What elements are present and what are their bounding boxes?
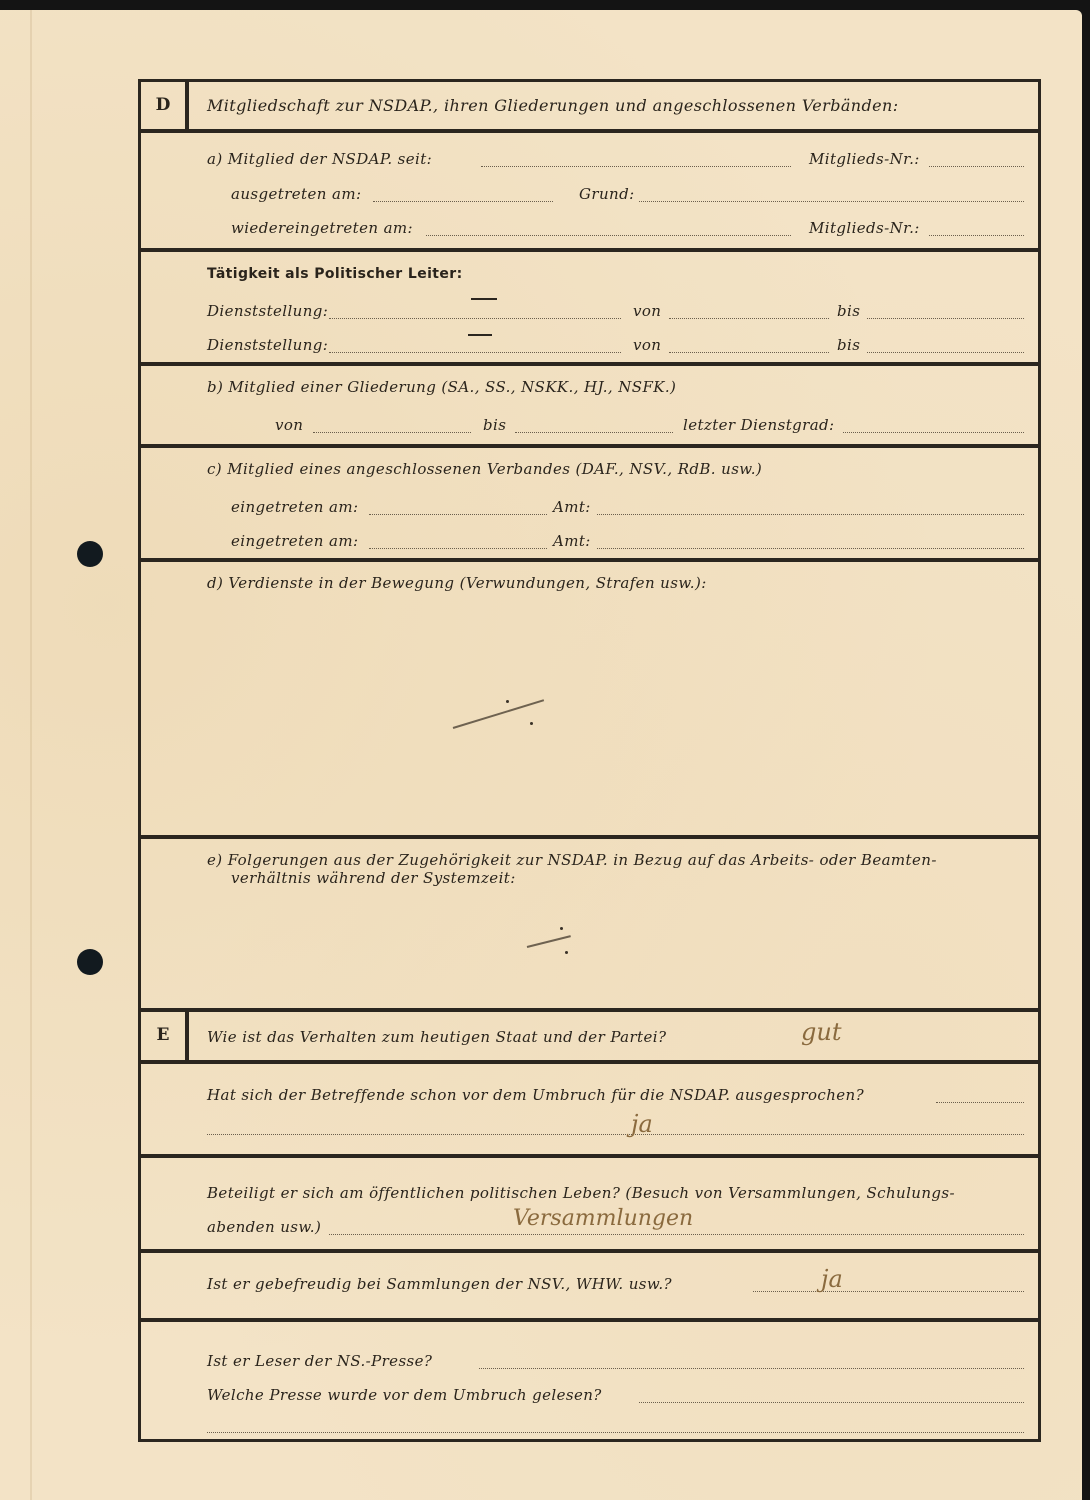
rejoined-field[interactable]: [426, 235, 791, 236]
position-label: Dienststellung:: [207, 302, 328, 320]
position-field[interactable]: [329, 352, 621, 353]
section-letter-e: E: [141, 1012, 189, 1060]
member-since-label: a) Mitglied der NSDAP. seit:: [207, 150, 432, 168]
office-field[interactable]: [597, 548, 1024, 549]
ns-press-field[interactable]: [479, 1368, 1024, 1369]
left-on-field[interactable]: [373, 201, 553, 202]
donations-section: Ist er gebefreudig bei Sammlungen der NS…: [141, 1253, 1038, 1322]
to-field[interactable]: [515, 432, 673, 433]
pre-takeover-support-section: Hat sich der Betreffende schon vor dem U…: [141, 1064, 1038, 1158]
ns-press-question: Ist er Leser der NS.-Presse?: [207, 1352, 432, 1370]
from-field[interactable]: [669, 352, 829, 353]
donations-answer[interactable]: ja: [821, 1265, 843, 1293]
member-number-2-field[interactable]: [929, 235, 1024, 236]
section-e-title-line1: e) Folgerungen aus der Zugehörigkeit zur…: [207, 851, 937, 869]
member-number-field[interactable]: [929, 166, 1024, 167]
pre-takeover-answer[interactable]: ja: [631, 1110, 653, 1138]
left-on-label: ausgetreten am:: [231, 185, 361, 203]
rejoined-label: wiedereingetreten am:: [231, 219, 413, 237]
last-rank-field[interactable]: [843, 432, 1024, 433]
pre-takeover-field[interactable]: [936, 1102, 1024, 1103]
from-label: von: [633, 336, 661, 354]
joined-field[interactable]: [369, 548, 547, 549]
to-field[interactable]: [867, 318, 1024, 319]
handwritten-dot: [560, 927, 563, 930]
handwritten-dot: [530, 722, 533, 725]
press-section: Ist er Leser der NS.-Presse? Welche Pres…: [141, 1322, 1038, 1439]
punch-hole-icon: [77, 541, 103, 567]
section-d-c: c) Mitglied eines angeschlossenen Verban…: [141, 448, 1038, 562]
from-field[interactable]: [313, 432, 471, 433]
section-b-title: b) Mitglied einer Gliederung (SA., SS., …: [207, 378, 676, 396]
donations-field[interactable]: [753, 1291, 1024, 1292]
from-label: von: [275, 416, 303, 434]
pre-takeover-field-2[interactable]: [207, 1134, 1024, 1135]
reason-field[interactable]: [639, 201, 1024, 202]
pre-takeover-question: Hat sich der Betreffende schon vor dem U…: [207, 1086, 864, 1104]
handwritten-dot: [565, 951, 568, 954]
handwritten-dot: [506, 700, 509, 703]
member-number-2-label: Mitglieds-Nr.:: [809, 219, 920, 237]
last-rank-label: letzter Dienstgrad:: [683, 416, 835, 434]
political-life-field[interactable]: [329, 1234, 1024, 1235]
pre-takeover-press-question: Welche Presse wurde vor dem Umbruch gele…: [207, 1386, 602, 1404]
political-life-question-line2: abenden usw.): [207, 1218, 321, 1236]
political-life-section: Beteiligt er sich am öffentlichen politi…: [141, 1158, 1038, 1253]
attitude-answer[interactable]: gut: [801, 1018, 841, 1046]
office-label: Amt:: [553, 532, 591, 550]
office-field[interactable]: [597, 514, 1024, 515]
section-d-header: D Mitgliedschaft zur NSDAP., ihren Glied…: [141, 82, 1038, 133]
from-label: von: [633, 302, 661, 320]
joined-field[interactable]: [369, 514, 547, 515]
position-field[interactable]: [329, 318, 621, 319]
to-field[interactable]: [867, 352, 1024, 353]
section-c-title: c) Mitglied eines angeschlossenen Verban…: [207, 460, 762, 478]
attitude-question: Wie ist das Verhalten zum heutigen Staat…: [207, 1028, 666, 1046]
section-letter-d: D: [141, 82, 189, 129]
fold-line: [30, 10, 32, 1500]
section-d-d: d) Verdienste in der Bewegung (Verwundun…: [141, 562, 1038, 839]
handwritten-strike: [527, 935, 571, 948]
from-field[interactable]: [669, 318, 829, 319]
political-leader-section: Tätigkeit als Politischer Leiter: Dienst…: [141, 252, 1038, 366]
section-d-b: b) Mitglied einer Gliederung (SA., SS., …: [141, 366, 1038, 448]
pre-takeover-press-field-2[interactable]: [207, 1432, 1024, 1433]
handwritten-dash: [468, 334, 492, 336]
to-label: bis: [483, 416, 506, 434]
joined-label: eingetreten am:: [231, 532, 358, 550]
to-label: bis: [837, 336, 860, 354]
handwritten-dash: [471, 298, 497, 300]
political-leader-title: Tätigkeit als Politischer Leiter:: [207, 266, 463, 282]
section-d-a: a) Mitglied der NSDAP. seit: Mitglieds-N…: [141, 133, 1038, 252]
section-e-header: E Wie ist das Verhalten zum heutigen Sta…: [141, 1012, 1038, 1064]
donations-question: Ist er gebefreudig bei Sammlungen der NS…: [207, 1275, 672, 1293]
office-label: Amt:: [553, 498, 591, 516]
joined-label: eingetreten am:: [231, 498, 358, 516]
questionnaire-form: D Mitgliedschaft zur NSDAP., ihren Glied…: [138, 79, 1041, 1442]
political-life-answer[interactable]: Versammlungen: [513, 1206, 693, 1231]
section-d-e: e) Folgerungen aus der Zugehörigkeit zur…: [141, 839, 1038, 1012]
to-label: bis: [837, 302, 860, 320]
position-label: Dienststellung:: [207, 336, 328, 354]
reason-label: Grund:: [579, 185, 635, 203]
punch-hole-icon: [77, 949, 103, 975]
member-since-field[interactable]: [481, 166, 791, 167]
pre-takeover-press-field[interactable]: [639, 1402, 1024, 1403]
section-e-title-line2: verhältnis während der Systemzeit:: [231, 869, 516, 887]
political-life-question-line1: Beteiligt er sich am öffentlichen politi…: [207, 1184, 955, 1202]
section-d-title: Mitgliedschaft zur NSDAP., ihren Glieder…: [207, 96, 899, 115]
section-d-merits-title: d) Verdienste in der Bewegung (Verwundun…: [207, 574, 707, 592]
member-number-label: Mitglieds-Nr.:: [809, 150, 920, 168]
